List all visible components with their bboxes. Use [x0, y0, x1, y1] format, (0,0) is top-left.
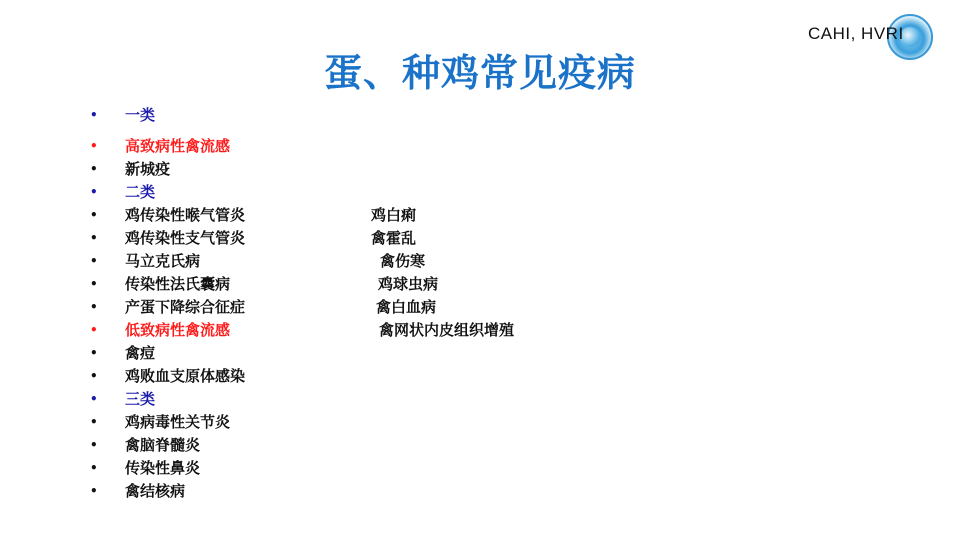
- list-item: •禽痘: [0, 343, 960, 363]
- list-item: •新城疫: [0, 159, 960, 179]
- bullet-icon: •: [90, 389, 98, 409]
- list-item-secondary-label: 禽网状内皮组织增殖: [379, 320, 514, 340]
- category-heading: •一类: [0, 105, 960, 125]
- list-item-secondary-label: 鸡球虫病: [378, 274, 438, 294]
- list-item-label: 新城疫: [125, 159, 170, 179]
- list-item: •高致病性禽流感: [0, 136, 960, 156]
- list-item: •产蛋下降综合征症禽白血病: [0, 297, 960, 317]
- list-item-secondary-label: 禽白血病: [376, 297, 436, 317]
- category-heading: •二类: [0, 182, 960, 202]
- list-item: •禽脑脊髓炎: [0, 435, 960, 455]
- bullet-icon: •: [90, 481, 98, 501]
- list-item: •鸡传染性喉气管炎鸡白痢: [0, 205, 960, 225]
- bullet-icon: •: [90, 435, 98, 455]
- page-title: 蛋、种鸡常见疫病: [0, 42, 960, 97]
- list-item-label: 鸡败血支原体感染: [125, 366, 245, 386]
- list-item-label: 禽结核病: [125, 481, 185, 501]
- list-item-secondary-label: 禽霍乱: [371, 228, 416, 248]
- list-item-label: 传染性鼻炎: [125, 458, 200, 478]
- list-item-label: 马立克氏病: [125, 251, 200, 271]
- category-heading: •三类: [0, 389, 960, 409]
- bullet-icon: •: [90, 274, 98, 294]
- list-item-secondary-label: 鸡白痢: [371, 205, 416, 225]
- list-item: •鸡败血支原体感染: [0, 366, 960, 386]
- list-item-label: 一类: [125, 105, 155, 125]
- list-item: •禽结核病: [0, 481, 960, 501]
- org-label: CAHI, HVRI: [808, 24, 904, 44]
- list-item-label: 鸡传染性喉气管炎: [125, 205, 245, 225]
- bullet-icon: •: [90, 458, 98, 478]
- list-item-label: 高致病性禽流感: [125, 136, 230, 156]
- bullet-icon: •: [90, 136, 98, 156]
- list-item: •低致病性禽流感禽网状内皮组织增殖: [0, 320, 960, 340]
- list-item-label: 鸡病毒性关节炎: [125, 412, 230, 432]
- list-item-label: 禽痘: [125, 343, 155, 363]
- list-item: •鸡传染性支气管炎禽霍乱: [0, 228, 960, 248]
- bullet-icon: •: [90, 182, 98, 202]
- bullet-icon: •: [90, 251, 98, 271]
- list-item: •传染性法氏囊病鸡球虫病: [0, 274, 960, 294]
- list-item: •马立克氏病禽伤寒: [0, 251, 960, 271]
- list-item-secondary-label: 禽伤寒: [380, 251, 425, 271]
- list-item: •传染性鼻炎: [0, 458, 960, 478]
- list-item-label: 产蛋下降综合征症: [125, 297, 245, 317]
- list-item-label: 三类: [125, 389, 155, 409]
- bullet-icon: •: [90, 412, 98, 432]
- list-item: •鸡病毒性关节炎: [0, 412, 960, 432]
- bullet-icon: •: [90, 343, 98, 363]
- bullet-icon: •: [90, 205, 98, 225]
- bullet-icon: •: [90, 297, 98, 317]
- bullet-icon: •: [90, 105, 98, 125]
- bullet-icon: •: [90, 320, 98, 340]
- bullet-icon: •: [90, 228, 98, 248]
- list-item-label: 低致病性禽流感: [125, 320, 230, 340]
- list-item-label: 鸡传染性支气管炎: [125, 228, 245, 248]
- bullet-icon: •: [90, 159, 98, 179]
- list-item-label: 禽脑脊髓炎: [125, 435, 200, 455]
- bullet-icon: •: [90, 366, 98, 386]
- list-item-label: 传染性法氏囊病: [125, 274, 230, 294]
- list-item-label: 二类: [125, 182, 155, 202]
